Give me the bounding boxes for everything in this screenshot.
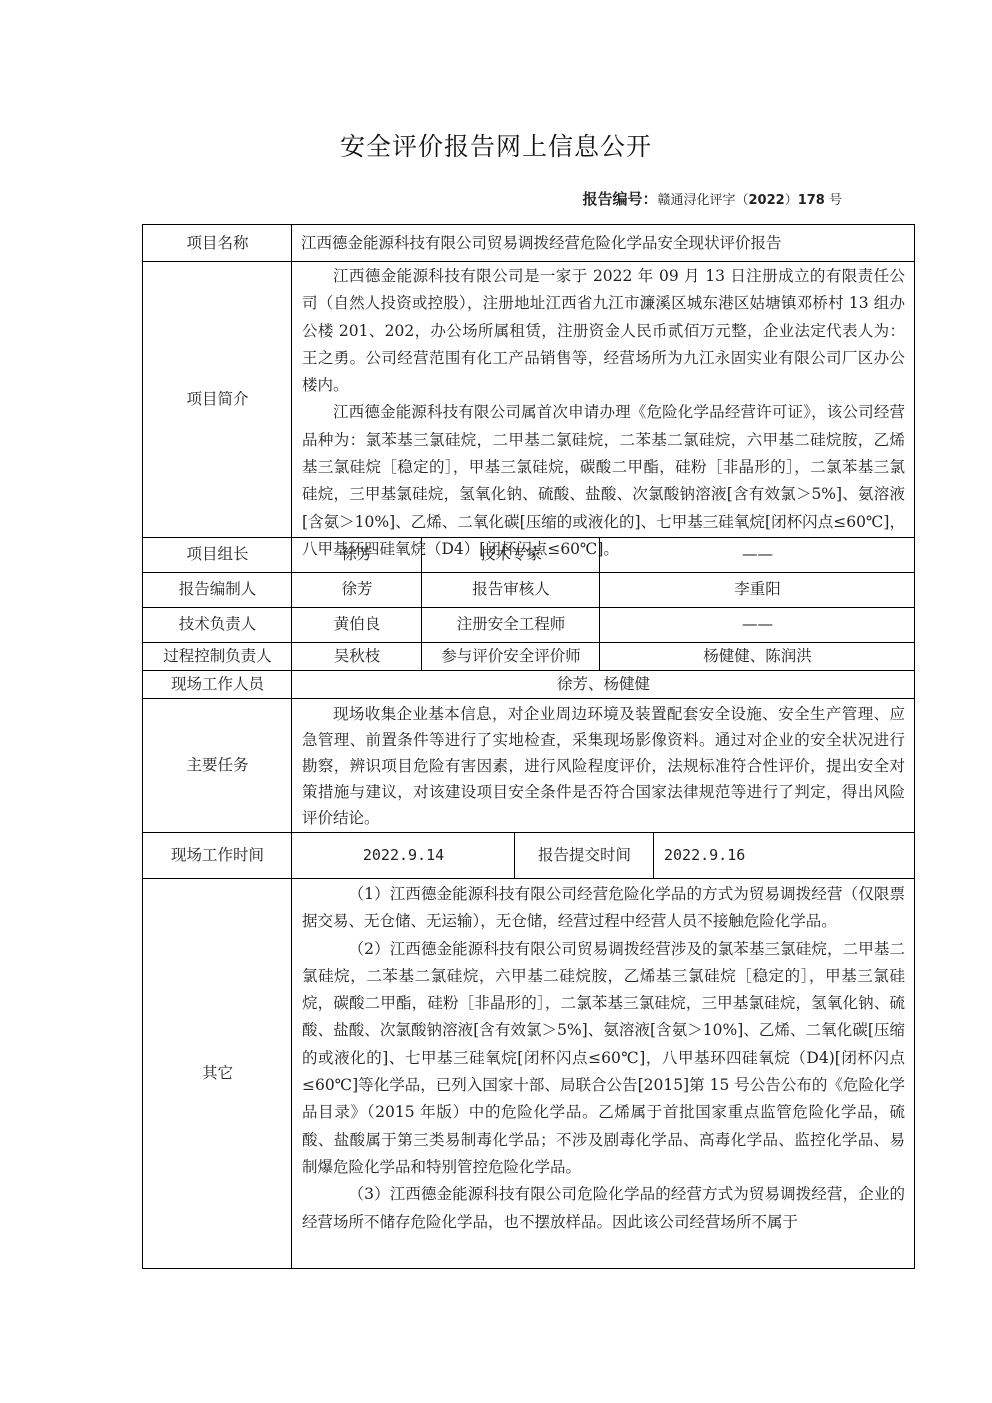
people-row-label: 项目组长 — [143, 538, 292, 572]
project-name-value: 江西德金能源科技有限公司贸易调拨经营危险化学品安全现状评价报告 — [292, 225, 915, 262]
submit-time-value: 2022.9.16 — [654, 833, 915, 878]
report-number-num: 178 — [798, 193, 825, 208]
project-intro-content: 江西德金能源科技有限公司是一家于 2022 年 09 月 13 日注册成立的有限… — [292, 262, 915, 537]
people-row-label: 技术负责人 — [143, 608, 292, 642]
people-row-name: 徐芳 — [292, 538, 422, 572]
report-number-suffix: 号 — [825, 193, 842, 208]
people-row-role: 技术专家 — [422, 538, 600, 572]
people-row-role: 报告审核人 — [422, 573, 600, 607]
people-row-label: 过程控制负责人 — [143, 643, 292, 670]
page-title: 安全评价报告网上信息公开 — [0, 127, 992, 163]
report-number-mid: ） — [785, 193, 798, 208]
people-row-value: 杨健健、陈润洪 — [600, 643, 915, 670]
people-row-name: 徐芳 — [292, 573, 422, 607]
project-intro-label: 项目简介 — [143, 262, 292, 537]
people-row-role: 参与评价安全评价师 — [422, 643, 600, 670]
people-row-name: 吴秋枝 — [292, 643, 422, 670]
field-staff-value: 徐芳、杨健健 — [292, 671, 915, 698]
people-row-value: —— — [600, 538, 915, 572]
project-intro-paragraph: 江西德金能源科技有限公司是一家于 2022 年 09 月 13 日注册成立的有限… — [302, 263, 905, 399]
main-tasks-text: 现场收集企业基本信息，对企业周边环境及装置配套安全设施、安全生产管理、应急管理、… — [302, 701, 905, 831]
main-tasks-label: 主要任务 — [143, 699, 292, 832]
people-row-label: 报告编制人 — [143, 573, 292, 607]
field-staff-label: 现场工作人员 — [143, 671, 292, 698]
other-label: 其它 — [143, 879, 292, 1268]
other-paragraph: （1）江西德金能源科技有限公司经营危险化学品的方式为贸易调拨经营（仅限票据交易、… — [302, 881, 905, 936]
report-number-label: 报告编号： — [582, 190, 657, 208]
other-content: （1）江西德金能源科技有限公司经营危险化学品的方式为贸易调拨经营（仅限票据交易、… — [292, 879, 915, 1268]
main-tasks-content: 现场收集企业基本信息，对企业周边环境及装置配套安全设施、安全生产管理、应急管理、… — [292, 699, 915, 832]
people-row-value: 李重阳 — [600, 573, 915, 607]
other-paragraph: （2）江西德金能源科技有限公司贸易调拨经营涉及的氯苯基三氯硅烷，二甲基二氯硅烷，… — [302, 936, 905, 1182]
submit-time-label: 报告提交时间 — [515, 833, 654, 878]
field-time-label: 现场工作时间 — [143, 833, 292, 878]
field-time-value: 2022.9.14 — [292, 833, 515, 878]
people-row-role: 注册安全工程师 — [422, 608, 600, 642]
people-row-value: —— — [600, 608, 915, 642]
people-row-name: 黄伯良 — [292, 608, 422, 642]
info-table: 项目名称 江西德金能源科技有限公司贸易调拨经营危险化学品安全现状评价报告 项目简… — [142, 224, 915, 1269]
report-number-year: 2022 — [749, 193, 785, 208]
report-number: 报告编号：赣通浔化评字（2022）178 号 — [582, 188, 842, 209]
project-name-label: 项目名称 — [143, 225, 292, 262]
other-paragraph: （3）江西德金能源科技有限公司危险化学品的经营方式为贸易调拨经营，企业的经营场所… — [302, 1181, 905, 1236]
report-number-prefix: 赣通浔化评字（ — [658, 193, 749, 208]
